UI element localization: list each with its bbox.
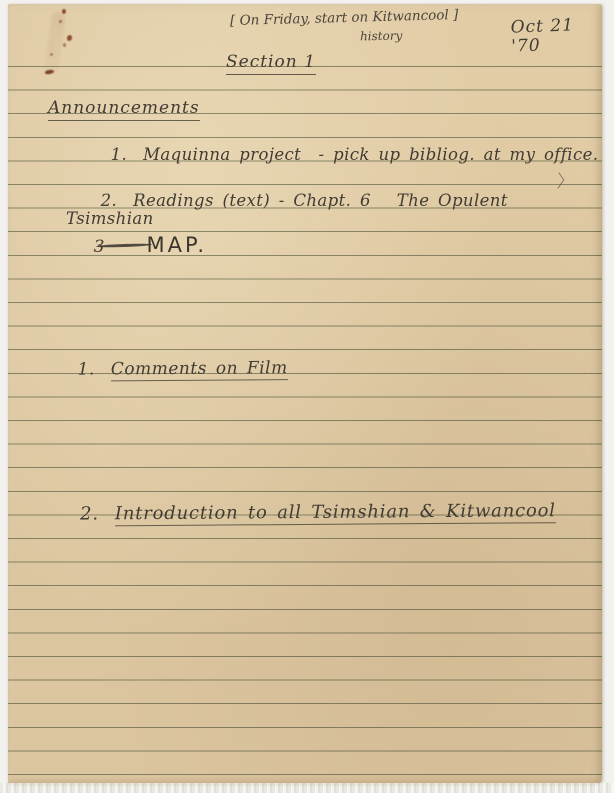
marginal-note: [ On Friday, start on Kitwancool ] [230, 8, 459, 29]
scanner-edge-artifact [0, 783, 614, 793]
item-number: 1. [111, 146, 128, 164]
notebook-paper: [ On Friday, start on Kitwancool ] histo… [8, 4, 602, 785]
marginal-note-insert: history [360, 30, 403, 44]
stain-mark [63, 43, 66, 47]
item-text: MAP. [146, 233, 207, 257]
stain-mark [59, 20, 62, 23]
announcements-heading: Announcements [48, 99, 200, 121]
item-number: 2. [80, 504, 99, 524]
item-number: 1. [78, 360, 95, 379]
scanned-notebook-page: { "colors": { "paper": "#dcc6a0", "rule_… [0, 0, 614, 793]
section-title: Section 1 [226, 53, 316, 75]
outline-item: 1.Comments on Film [42, 340, 288, 398]
item-number: 2. [101, 192, 118, 210]
stain-mark [50, 53, 53, 56]
outline-item: 2.Introduction to all Tsimshian & Kitwan… [42, 481, 556, 544]
item-text: Maquinna project - pick up bibliog. at m… [143, 145, 598, 164]
stain-mark [62, 9, 66, 14]
date-annotation: Oct 21 '70 [510, 15, 602, 56]
item-text: Introduction to all Tsimshian & Kitwanco… [115, 500, 556, 526]
item-text: Comments on Film [111, 358, 288, 381]
stain-mark [66, 34, 73, 41]
